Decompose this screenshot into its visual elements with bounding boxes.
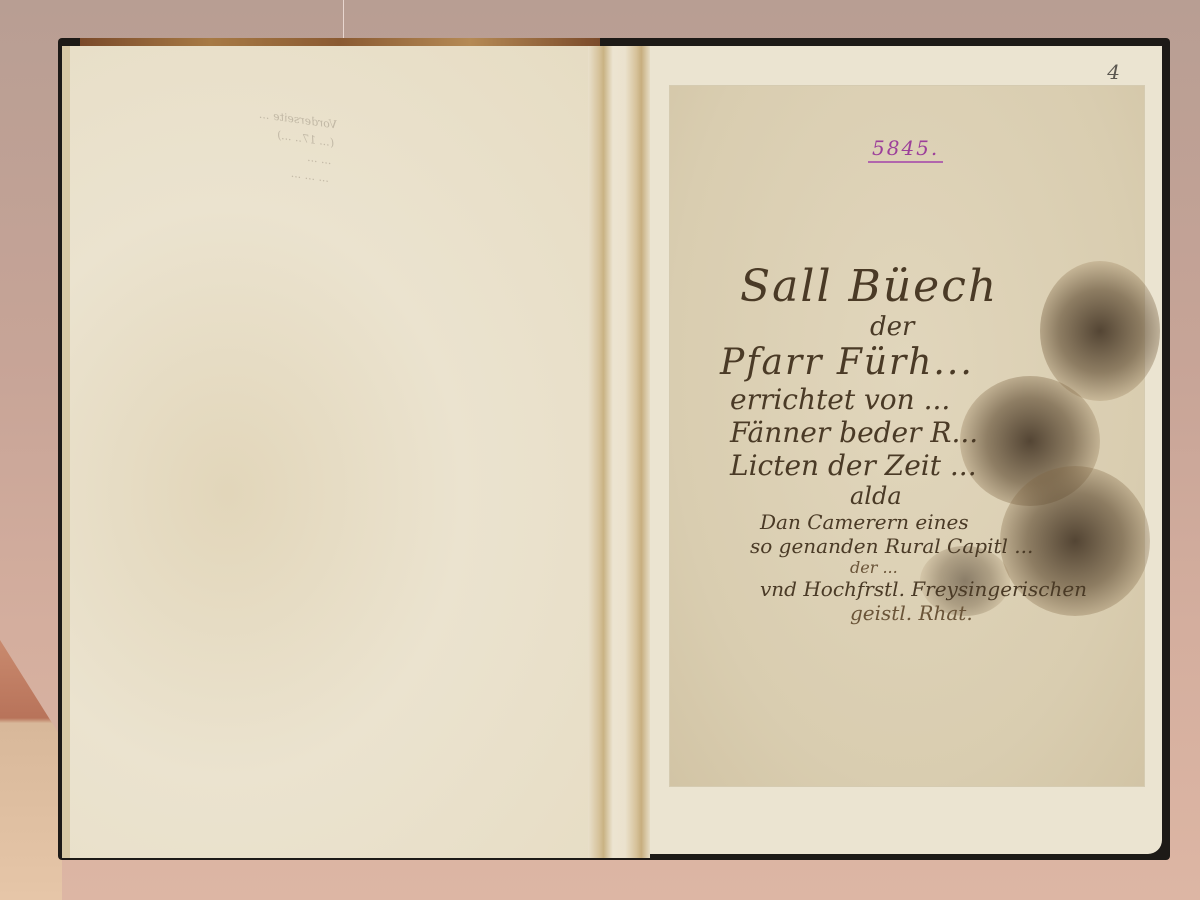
folio-number: 4	[1107, 60, 1120, 84]
background-building-image	[0, 640, 62, 900]
title-line: Dan Camerern eines	[760, 510, 1140, 534]
open-manuscript-book: Vorderseite ... (... 17.. ...) ... ... .…	[58, 38, 1170, 860]
title-line: geistl. Rhat.	[850, 601, 1140, 625]
title-line: vnd Hochfrstl. Freysingerischen	[760, 577, 1140, 601]
title-line: so genanden Rural Capitl ...	[750, 534, 1140, 558]
bleed-through-text: Vorderseite ... (... 17.. ...) ... ... .…	[110, 86, 338, 188]
background-line	[343, 0, 344, 38]
left-page-blank-flyleaf: Vorderseite ... (... 17.. ...) ... ... .…	[62, 46, 596, 858]
title-line: der	[870, 312, 1140, 342]
title-line: Licten der Zeit ...	[730, 449, 1140, 482]
title-line: Sall Büech	[740, 261, 1140, 312]
manuscript-title: Sall Büech der Pfarr Fürh... errichtet v…	[720, 261, 1140, 625]
title-plate: 5845. Sall Büech der Pfarr Fürh... erric…	[670, 86, 1144, 786]
shelfmark-stamp: 5845.	[868, 136, 943, 163]
book-spine-gutter	[588, 46, 650, 858]
title-line: Pfarr Fürh...	[720, 342, 1140, 383]
title-line: errichtet von ...	[730, 383, 1140, 416]
right-page-title-leaf: 4 5845. Sall Büech der Pfarr Fürh... err…	[650, 46, 1162, 854]
title-line: alda	[850, 482, 1140, 510]
title-line: Fänner beder R...	[730, 416, 1140, 449]
title-line: der ...	[850, 558, 1140, 577]
